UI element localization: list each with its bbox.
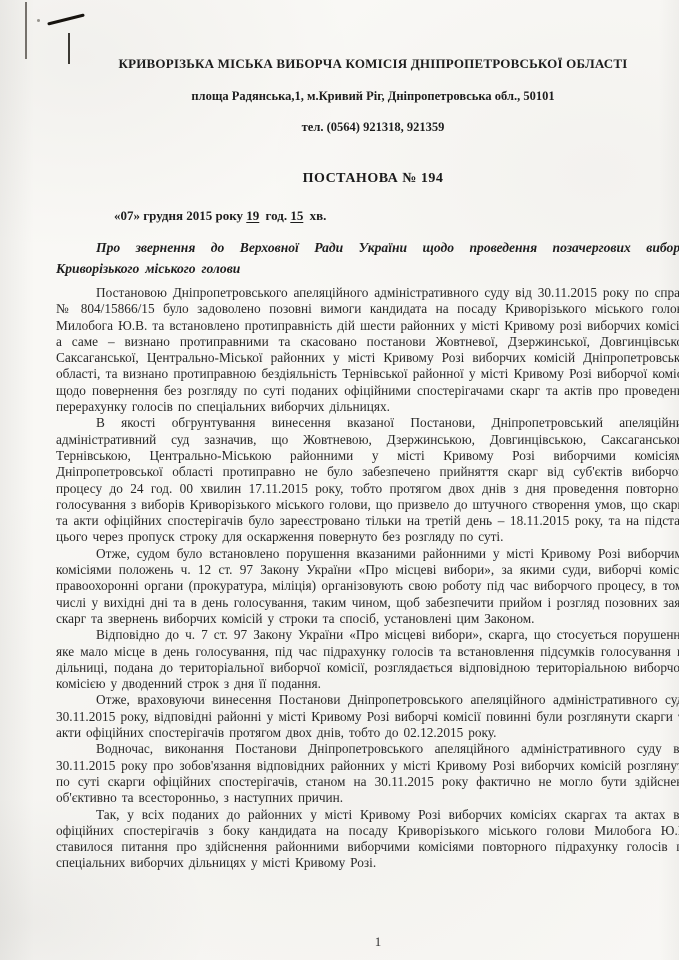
page-edge-crease bbox=[25, 2, 27, 59]
org-address: площа Радянська,1, м.Кривий Ріг, Дніпроп… bbox=[56, 89, 679, 104]
resolution-number: ПОСТАНОВА № 194 bbox=[56, 171, 679, 187]
hours-value: 19 bbox=[246, 208, 262, 223]
document-content: КРИВОРІЗЬКА МІСЬКА ВИБОРЧА КОМІСІЯ ДНІПР… bbox=[56, 50, 679, 872]
minutes-value: 15 bbox=[290, 208, 306, 223]
paragraph-1: Постановою Дніпропетровського апеляційно… bbox=[56, 285, 679, 415]
org-phone: тел. (0564) 921318, 921359 bbox=[56, 120, 679, 135]
pen-mark-diagonal bbox=[47, 13, 85, 25]
paragraph-2: В якості обгрунтування винесення вказано… bbox=[56, 415, 679, 545]
date-prefix: «07» грудня 2015 року bbox=[114, 208, 246, 223]
paragraph-7: Так, у всіх поданих до районних у місті … bbox=[56, 807, 679, 872]
paragraph-6: Водночас, виконання Постанови Дніпропетр… bbox=[56, 741, 679, 806]
paragraph-3: Отже, судом було встановлено порушення в… bbox=[56, 546, 679, 627]
scanned-document-page: КРИВОРІЗЬКА МІСЬКА ВИБОРЧА КОМІСІЯ ДНІПР… bbox=[0, 0, 679, 960]
ink-dot bbox=[37, 19, 40, 22]
subject-line: Про звернення до Верховної Ради України … bbox=[56, 237, 679, 279]
paragraph-4: Відповідно до ч. 7 ст. 97 Закону України… bbox=[56, 627, 679, 692]
date-line: «07» грудня 2015 року 19 год. 15 хв. bbox=[56, 208, 679, 224]
page-number: 1 bbox=[375, 934, 382, 950]
org-name: КРИВОРІЗЬКА МІСЬКА ВИБОРЧА КОМІСІЯ ДНІПР… bbox=[56, 56, 679, 72]
minutes-label: хв. bbox=[306, 208, 326, 223]
paragraph-5: Отже, враховуючи винесення Постанови Дні… bbox=[56, 692, 679, 741]
hours-label: год. bbox=[262, 208, 290, 223]
